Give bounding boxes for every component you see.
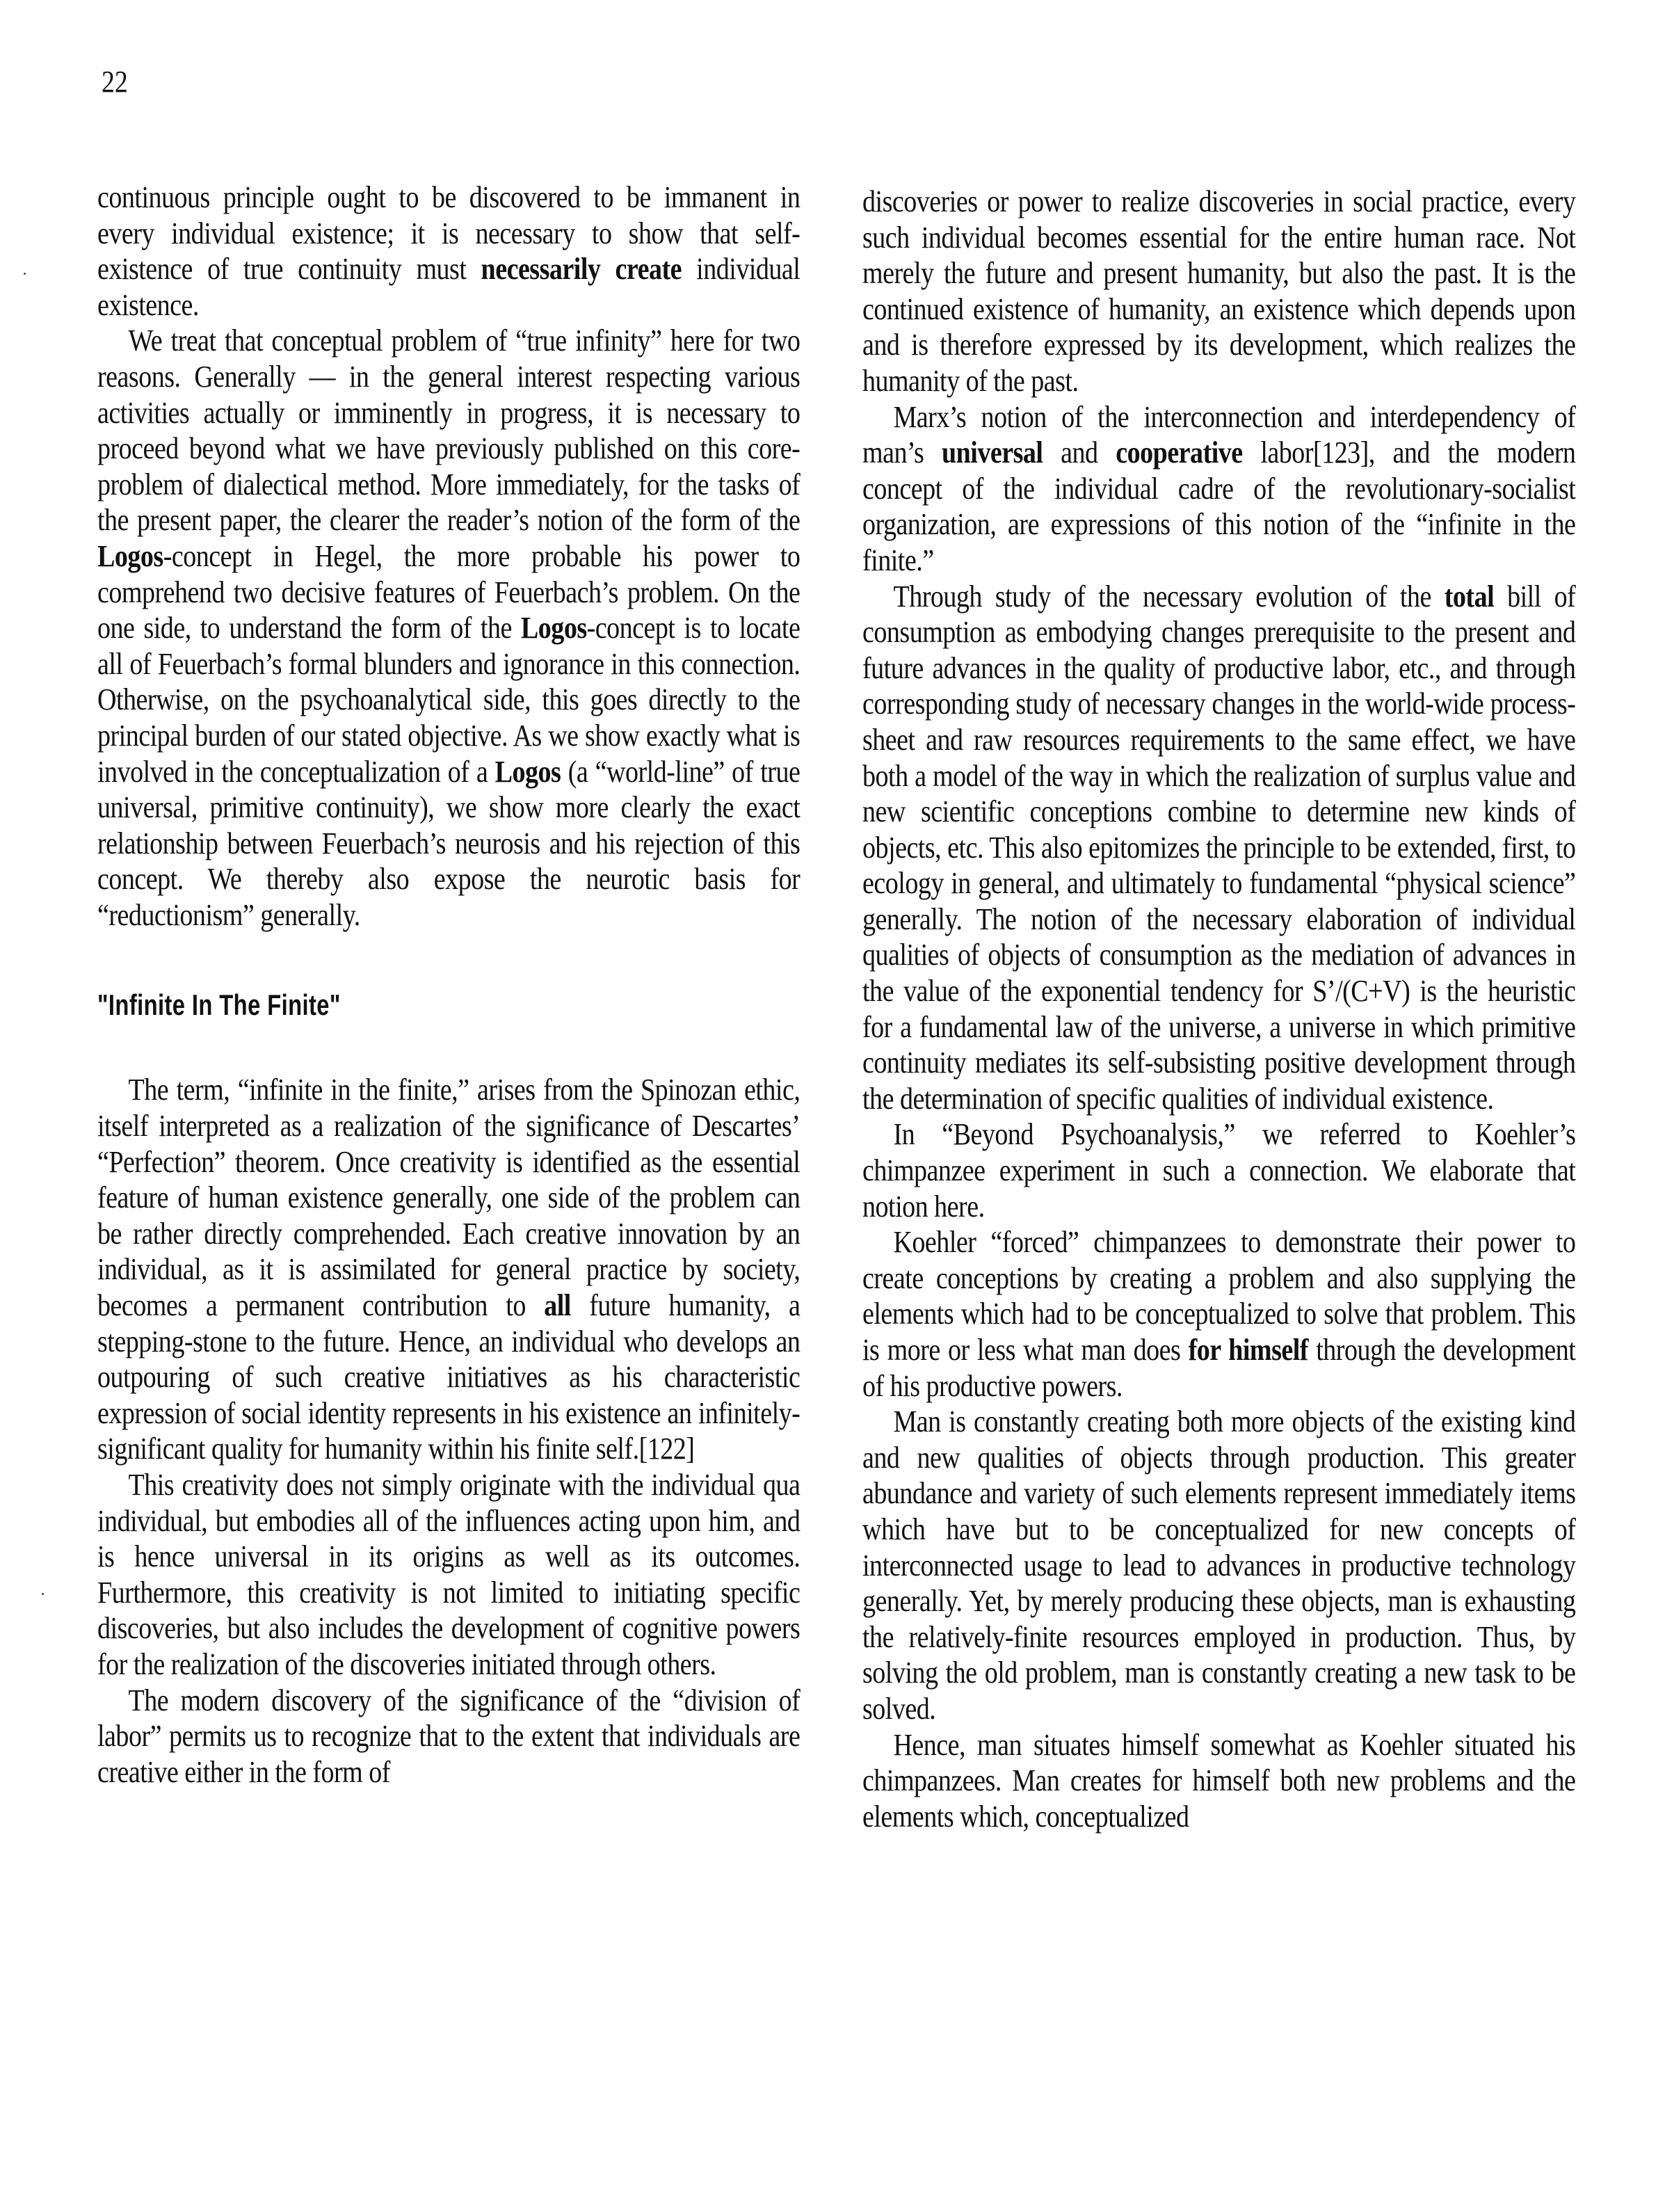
bold-emphasis: necessarily create — [481, 251, 682, 286]
paragraph: Marx’s notion of the interconnection and… — [862, 399, 1575, 579]
scan-speck — [24, 273, 26, 275]
bold-emphasis: total — [1445, 579, 1494, 614]
paragraph: continuous principle ought to be discove… — [97, 179, 800, 323]
paragraph: discoveries or power to realize discover… — [862, 184, 1575, 399]
paragraph: Man is constantly creating both more obj… — [862, 1404, 1575, 1726]
text-run: In “Beyond Psychoanalysis,” we referred … — [862, 1116, 1575, 1223]
text-run: and — [1043, 435, 1116, 470]
text-run: This creativity does not simply originat… — [97, 1467, 800, 1681]
bold-emphasis: Logos — [495, 754, 561, 789]
text-run: We treat that conceptual problem of “tru… — [97, 323, 800, 537]
bold-emphasis: cooperative — [1116, 435, 1242, 470]
bold-emphasis: Logos — [521, 610, 587, 645]
text-run: Hence, man situates himself somewhat as … — [862, 1727, 1575, 1834]
paragraph: In “Beyond Psychoanalysis,” we referred … — [862, 1116, 1575, 1224]
spacer — [97, 1023, 800, 1072]
paragraph: This creativity does not simply originat… — [97, 1467, 800, 1683]
paragraph: The modern discovery of the significance… — [97, 1683, 800, 1790]
paragraph: Koehler “forced” chimpanzees to demonstr… — [862, 1224, 1575, 1404]
bold-emphasis: all — [544, 1288, 571, 1322]
bold-emphasis: for himself — [1189, 1332, 1308, 1367]
text-run: Man is constantly creating both more obj… — [862, 1404, 1575, 1726]
paragraph: The term, “infinite in the finite,” aris… — [97, 1072, 800, 1467]
paragraph: We treat that conceptual problem of “tru… — [97, 323, 800, 933]
paragraph: Hence, man situates himself somewhat as … — [862, 1727, 1575, 1835]
spacer — [97, 933, 800, 987]
bold-emphasis: Logos — [97, 538, 163, 573]
text-run: The modern discovery of the significance… — [97, 1683, 800, 1789]
right-column: discoveries or power to realize discover… — [862, 184, 1575, 1834]
paragraph: Through study of the necessary evolution… — [862, 579, 1575, 1117]
left-column: continuous principle ought to be discove… — [97, 179, 800, 1790]
section-heading: "Infinite In The Finite" — [97, 987, 645, 1023]
page-number: 22 — [102, 64, 128, 100]
text-run: Through study of the necessary evolution… — [893, 579, 1444, 614]
text-run: The term, “infinite in the finite,” aris… — [97, 1072, 800, 1322]
text-run: discoveries or power to realize discover… — [862, 184, 1575, 398]
scan-speck — [42, 1593, 44, 1595]
text-run: bill of consumption as embodying changes… — [862, 579, 1575, 1116]
bold-emphasis: universal — [942, 435, 1043, 470]
